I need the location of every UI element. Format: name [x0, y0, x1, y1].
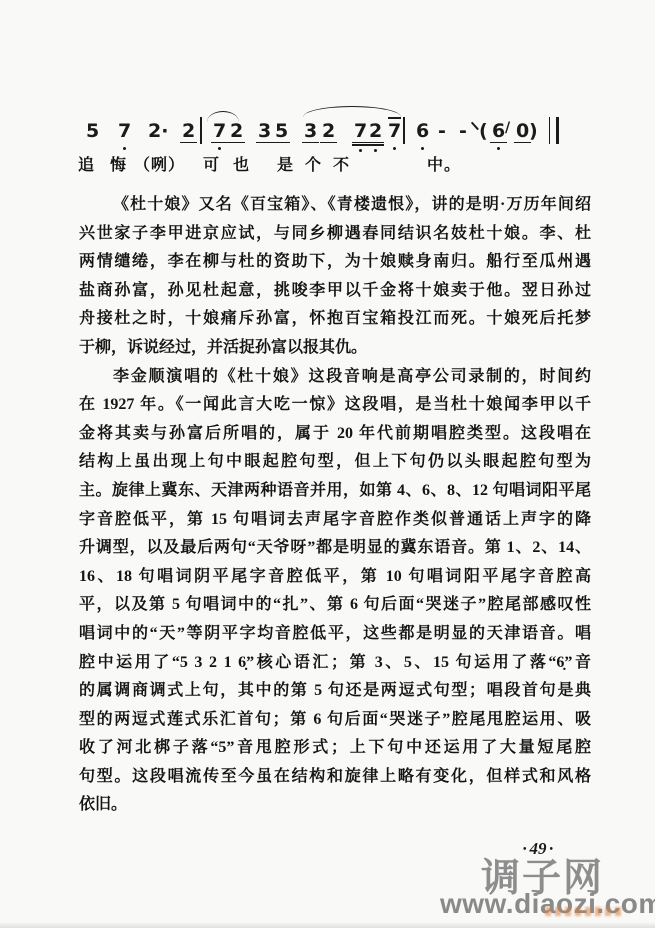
text-line: 唱词中的“天”等阴平字均音腔低平，这些都是明显的天津语音。唱 [79, 620, 591, 649]
scanned-book-page: 572·27235327276--(6/0)追悔（咧）可也是个不中。 《杜十娘》… [0, 0, 655, 928]
text-line: 盐商孙富，孙见杜起意，挑唆李甲以千金将十娘卖于他。翌日孙过 [79, 277, 591, 306]
slur [303, 106, 401, 117]
lyric-syllable: 可 [203, 152, 220, 175]
note: 7 [386, 120, 403, 142]
text-line: 兴世家子李甲进京应试，与同乡柳遇春同结识名妓杜十娘。李、杜 [79, 220, 591, 249]
note: 5 [273, 120, 290, 143]
text-line: 舟接杜之时，十娘痛斥孙富，怀抱百宝箱投江而死。十娘死后托梦 [79, 305, 591, 334]
text-line: 《杜十娘》又名《百宝箱》、《青楼遗恨》，讲的是明·万历年间绍 [79, 191, 591, 220]
watermark-artifact [545, 907, 623, 916]
lyric-syllable: 中。 [427, 152, 461, 175]
page-edge-shadow [0, 922, 655, 928]
music-notation: 572·27235327276--(6/0)追悔（咧）可也是个不中。 [0, 104, 655, 188]
text-line: 金将其卖与孙富后所唱的，属于 20 年代前期唱腔类型。这段唱在 [79, 420, 591, 449]
final-barline [549, 117, 559, 144]
lyric-syllable: 也 [233, 152, 250, 175]
note: 2 [180, 120, 197, 143]
note: ( [477, 120, 490, 142]
lyric-syllable: 个 [305, 152, 322, 175]
text-line: 结构上虽出现上句中眼起腔句型，但上下句仍以头眼起腔句型为 [79, 448, 591, 477]
note: 2 [367, 120, 384, 143]
body-text: 《杜十娘》又名《百宝箱》、《青楼遗恨》，讲的是明·万历年间绍兴世家子李甲进京应试… [79, 191, 591, 820]
text-line: 句型。这段唱流传至今虽在结构和旋律上略有变化，但样式和风格 [79, 763, 591, 792]
lyric-syllable: 悔 [110, 152, 127, 175]
barline [403, 117, 405, 144]
lyric-syllable: 追 [78, 152, 95, 175]
note: ) [527, 120, 540, 142]
barline [200, 117, 202, 144]
note: - [457, 120, 469, 142]
note: 2 [320, 120, 337, 143]
note: 2· [146, 120, 170, 142]
text-line: 型的两逗式莲式乐汇首句；第 6 句后面“哭迷子”腔尾甩腔运用、吸 [79, 706, 591, 735]
note: - [436, 120, 448, 142]
text-line: 腔中运用了“5 3 2 1 6̣”核心语汇；第 3、5、15 句运用了落“6̣”… [79, 649, 591, 678]
text-line: 两情缱绻，李在柳与杜的资助下，为十娘赎身南归。船行至瓜州遇 [79, 248, 591, 277]
note: 3 [256, 120, 273, 143]
text-line: 于柳，诉说经过，并活捉孙富以报其仇。 [79, 334, 591, 363]
text-line: 16、18 句唱词阴平尾字音腔低平，第 10 句唱词阳平尾字音腔高 [79, 563, 591, 592]
text-line: 的属调商调式上句，其中的第 5 句还是两逗式句型；唱段首句是典 [79, 677, 591, 706]
note: / [503, 117, 512, 139]
note: 6 [414, 120, 431, 142]
note: 7 [211, 120, 228, 143]
note: 2 [228, 120, 245, 143]
note: 5 [84, 120, 101, 142]
lyric-syllable: 不 [333, 152, 350, 175]
text-line: 主。旋律上冀东、天津两种语音并用，如第 4、6、8、12 句唱词阳平尾 [79, 477, 591, 506]
text-line: 平，以及第 5 句唱词中的“扎”、第 6 句后面“哭迷子”腔尾部感叹性 [79, 591, 591, 620]
text-line: 字音腔低平，第 15 句唱词去声尾字音腔作类似普通话上声字的降 [79, 506, 591, 535]
text-line: 在 1927 年。《一闻此言大吃一惊》这段唱，是当杜十娘闻李甲以千 [79, 391, 591, 420]
slur [207, 111, 239, 122]
text-line: 依旧。 [79, 791, 591, 820]
text-line: 李金顺演唱的《杜十娘》这段音响是高亭公司录制的，时间约 [79, 363, 591, 392]
text-line: 收了河北梆子落“5”音甩腔形式；上下句中还运用了大量短尾腔 [79, 734, 591, 763]
lyric-syllable: 是 [277, 152, 294, 175]
text-line: 升调型，以及最后两句“天爷呀”都是明显的冀东语音。第 1、2、14、 [79, 534, 591, 563]
note: 7 [116, 120, 133, 142]
note: 3 [302, 120, 319, 143]
lyric-syllable: （咧） [134, 152, 185, 175]
